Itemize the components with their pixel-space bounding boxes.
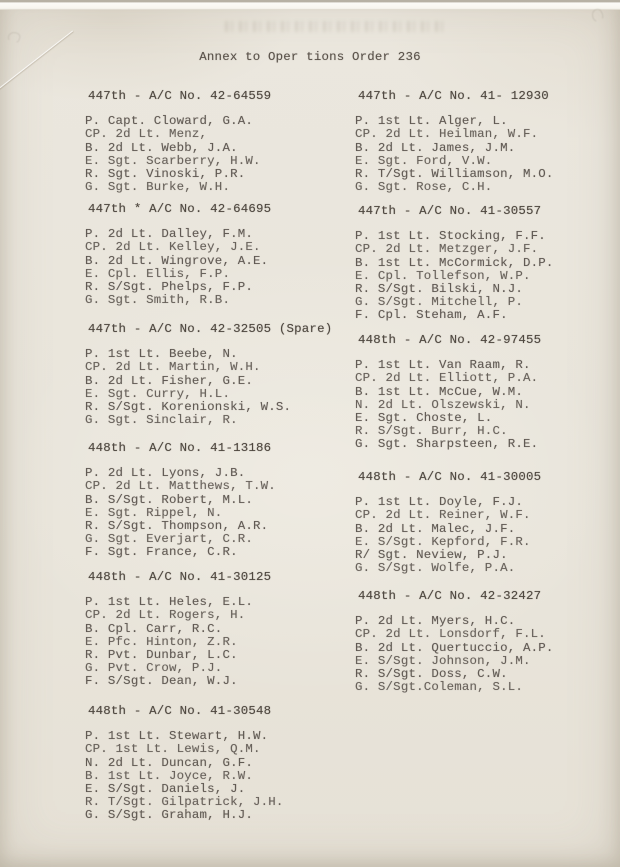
aircraft-header: 448th - A/C No. 42-32427 xyxy=(355,590,615,603)
aircraft-section: 448th - A/C No. 41-30548P. 1st Lt. Stewa… xyxy=(85,705,363,823)
crew-line: B. 2d Lt. Wingrove, A.E. xyxy=(85,255,363,268)
crew-line: CP. 2d Lt. Elliott, P.A. xyxy=(355,372,615,385)
crew-line: CP. 2d Lt. Menz, xyxy=(85,128,363,141)
aircraft-header: 447th * A/C No. 42-64695 xyxy=(85,203,363,216)
aircraft-header: 447th - A/C No. 42-32505 (Spare) xyxy=(85,323,363,336)
right-column: 447th - A/C No. 41- 12930P. 1st Lt. Alge… xyxy=(355,0,615,867)
crew-list: P. 1st Lt. Van Raam, R.CP. 2d Lt. Elliot… xyxy=(355,359,615,451)
crew-line: F. S/Sgt. Dean, W.J. xyxy=(85,675,363,688)
crew-line: G. Sgt. Rose, C.H. xyxy=(355,181,615,194)
crew-line: B. 2d Lt. James, J.M. xyxy=(355,142,615,155)
aircraft-section: 447th * A/C No. 42-64695P. 2d Lt. Dalley… xyxy=(85,203,363,307)
aircraft-section: 448th - A/C No. 42-97455P. 1st Lt. Van R… xyxy=(355,334,615,452)
crew-line: CP. 1st Lt. Lewis, Q.M. xyxy=(85,743,363,756)
crew-list: P. 1st Lt. Heles, E.L.CP. 2d Lt. Rogers,… xyxy=(85,596,363,688)
aircraft-header: 447th - A/C No. 41-30557 xyxy=(355,205,615,218)
crew-list: P. Capt. Cloward, G.A.CP. 2d Lt. Menz,B.… xyxy=(85,115,363,194)
aircraft-section: 448th - A/C No. 41-13186P. 2d Lt. Lyons,… xyxy=(85,442,363,560)
aircraft-section: 447th - A/C No. 41-30557P. 1st Lt. Stock… xyxy=(355,205,615,323)
crew-line: B. 2d Lt. Fisher, G.E. xyxy=(85,375,363,388)
crew-line: G. S/Sgt. Wolfe, P.A. xyxy=(355,562,615,575)
crew-list: P. 1st Lt. Beebe, N.CP. 2d Lt. Martin, W… xyxy=(85,348,363,427)
document-page: Annex to Oper tions Order 236 447th - A/… xyxy=(0,0,620,867)
crew-list: P. 1st Lt. Doyle, F.J.CP. 2d Lt. Reiner,… xyxy=(355,496,615,575)
aircraft-header: 448th - A/C No. 41-30548 xyxy=(85,705,363,718)
aircraft-header: 448th - A/C No. 42-97455 xyxy=(355,334,615,347)
crew-list: P. 2d Lt. Lyons, J.B.CP. 2d Lt. Matthews… xyxy=(85,467,363,559)
crew-line: B. S/Sgt. Robert, M.L. xyxy=(85,494,363,507)
crew-line: B. 1st Lt. McCue, W.M. xyxy=(355,386,615,399)
crew-line: CP. 2d Lt. Matthews, T.W. xyxy=(85,480,363,493)
aircraft-header: 447th - A/C No. 41- 12930 xyxy=(355,90,615,103)
aircraft-section: 447th - A/C No. 41- 12930P. 1st Lt. Alge… xyxy=(355,90,615,194)
aircraft-section: 448th - A/C No. 41-30125P. 1st Lt. Heles… xyxy=(85,571,363,689)
crew-line: CP. 2d Lt. Kelley, J.E. xyxy=(85,241,363,254)
aircraft-header: 447th - A/C No. 42-64559 xyxy=(85,90,363,103)
aircraft-section: 448th - A/C No. 42-32427P. 2d Lt. Myers,… xyxy=(355,590,615,694)
crew-line: CP. 2d Lt. Lonsdorf, F.L. xyxy=(355,628,615,641)
aircraft-header: 448th - A/C No. 41-30005 xyxy=(355,471,615,484)
crew-list: P. 2d Lt. Dalley, F.M.CP. 2d Lt. Kelley,… xyxy=(85,228,363,307)
crew-line: G. S/Sgt. Graham, H.J. xyxy=(85,809,363,822)
crew-line: B. 2d Lt. Malec, J.F. xyxy=(355,523,615,536)
crew-line: F. Sgt. France, C.R. xyxy=(85,546,363,559)
aircraft-header: 448th - A/C No. 41-13186 xyxy=(85,442,363,455)
crew-line: CP. 2d Lt. Heilman, W.F. xyxy=(355,128,615,141)
crew-line: G. S/Sgt.Coleman, S.L. xyxy=(355,681,615,694)
crew-list: P. 2d Lt. Myers, H.C.CP. 2d Lt. Lonsdorf… xyxy=(355,615,615,694)
crew-line: G. Sgt. Burke, W.H. xyxy=(85,181,363,194)
aircraft-section: 447th - A/C No. 42-64559P. Capt. Cloward… xyxy=(85,90,363,194)
pencil-mark-top-left xyxy=(7,30,22,44)
crew-line: N. 2d Lt. Duncan, G.F. xyxy=(85,757,363,770)
crew-list: P. 1st Lt. Stewart, H.W.CP. 1st Lt. Lewi… xyxy=(85,730,363,822)
crew-line: G. Sgt. Smith, R.B. xyxy=(85,294,363,307)
aircraft-header: 448th - A/C No. 41-30125 xyxy=(85,571,363,584)
crew-list: P. 1st Lt. Alger, L.CP. 2d Lt. Heilman, … xyxy=(355,115,615,194)
left-column: 447th - A/C No. 42-64559P. Capt. Cloward… xyxy=(85,0,363,867)
crew-line: B. 1st Lt. McCormick, D.P. xyxy=(355,257,615,270)
crew-line: B. Cpl. Carr, R.C. xyxy=(85,623,363,636)
crew-line: CP. 2d Lt. Rogers, H. xyxy=(85,609,363,622)
aircraft-section: 448th - A/C No. 41-30005P. 1st Lt. Doyle… xyxy=(355,471,615,575)
crew-line: CP. 2d Lt. Reiner, W.F. xyxy=(355,509,615,522)
crew-line: CP. 2d Lt. Metzger, J.F. xyxy=(355,243,615,256)
crew-list: P. 1st Lt. Stocking, F.F.CP. 2d Lt. Metz… xyxy=(355,230,615,322)
crew-line: G. Sgt. Sinclair, R. xyxy=(85,414,363,427)
crew-line: CP. 2d Lt. Martin, W.H. xyxy=(85,361,363,374)
crew-line: B. 2d Lt. Webb, J.A. xyxy=(85,142,363,155)
crew-line: G. Sgt. Sharpsteen, R.E. xyxy=(355,438,615,451)
crew-line: B. 2d Lt. Quertuccio, A.P. xyxy=(355,642,615,655)
aircraft-section: 447th - A/C No. 42-32505 (Spare)P. 1st L… xyxy=(85,323,363,427)
crew-line: F. Cpl. Steham, A.F. xyxy=(355,309,615,322)
